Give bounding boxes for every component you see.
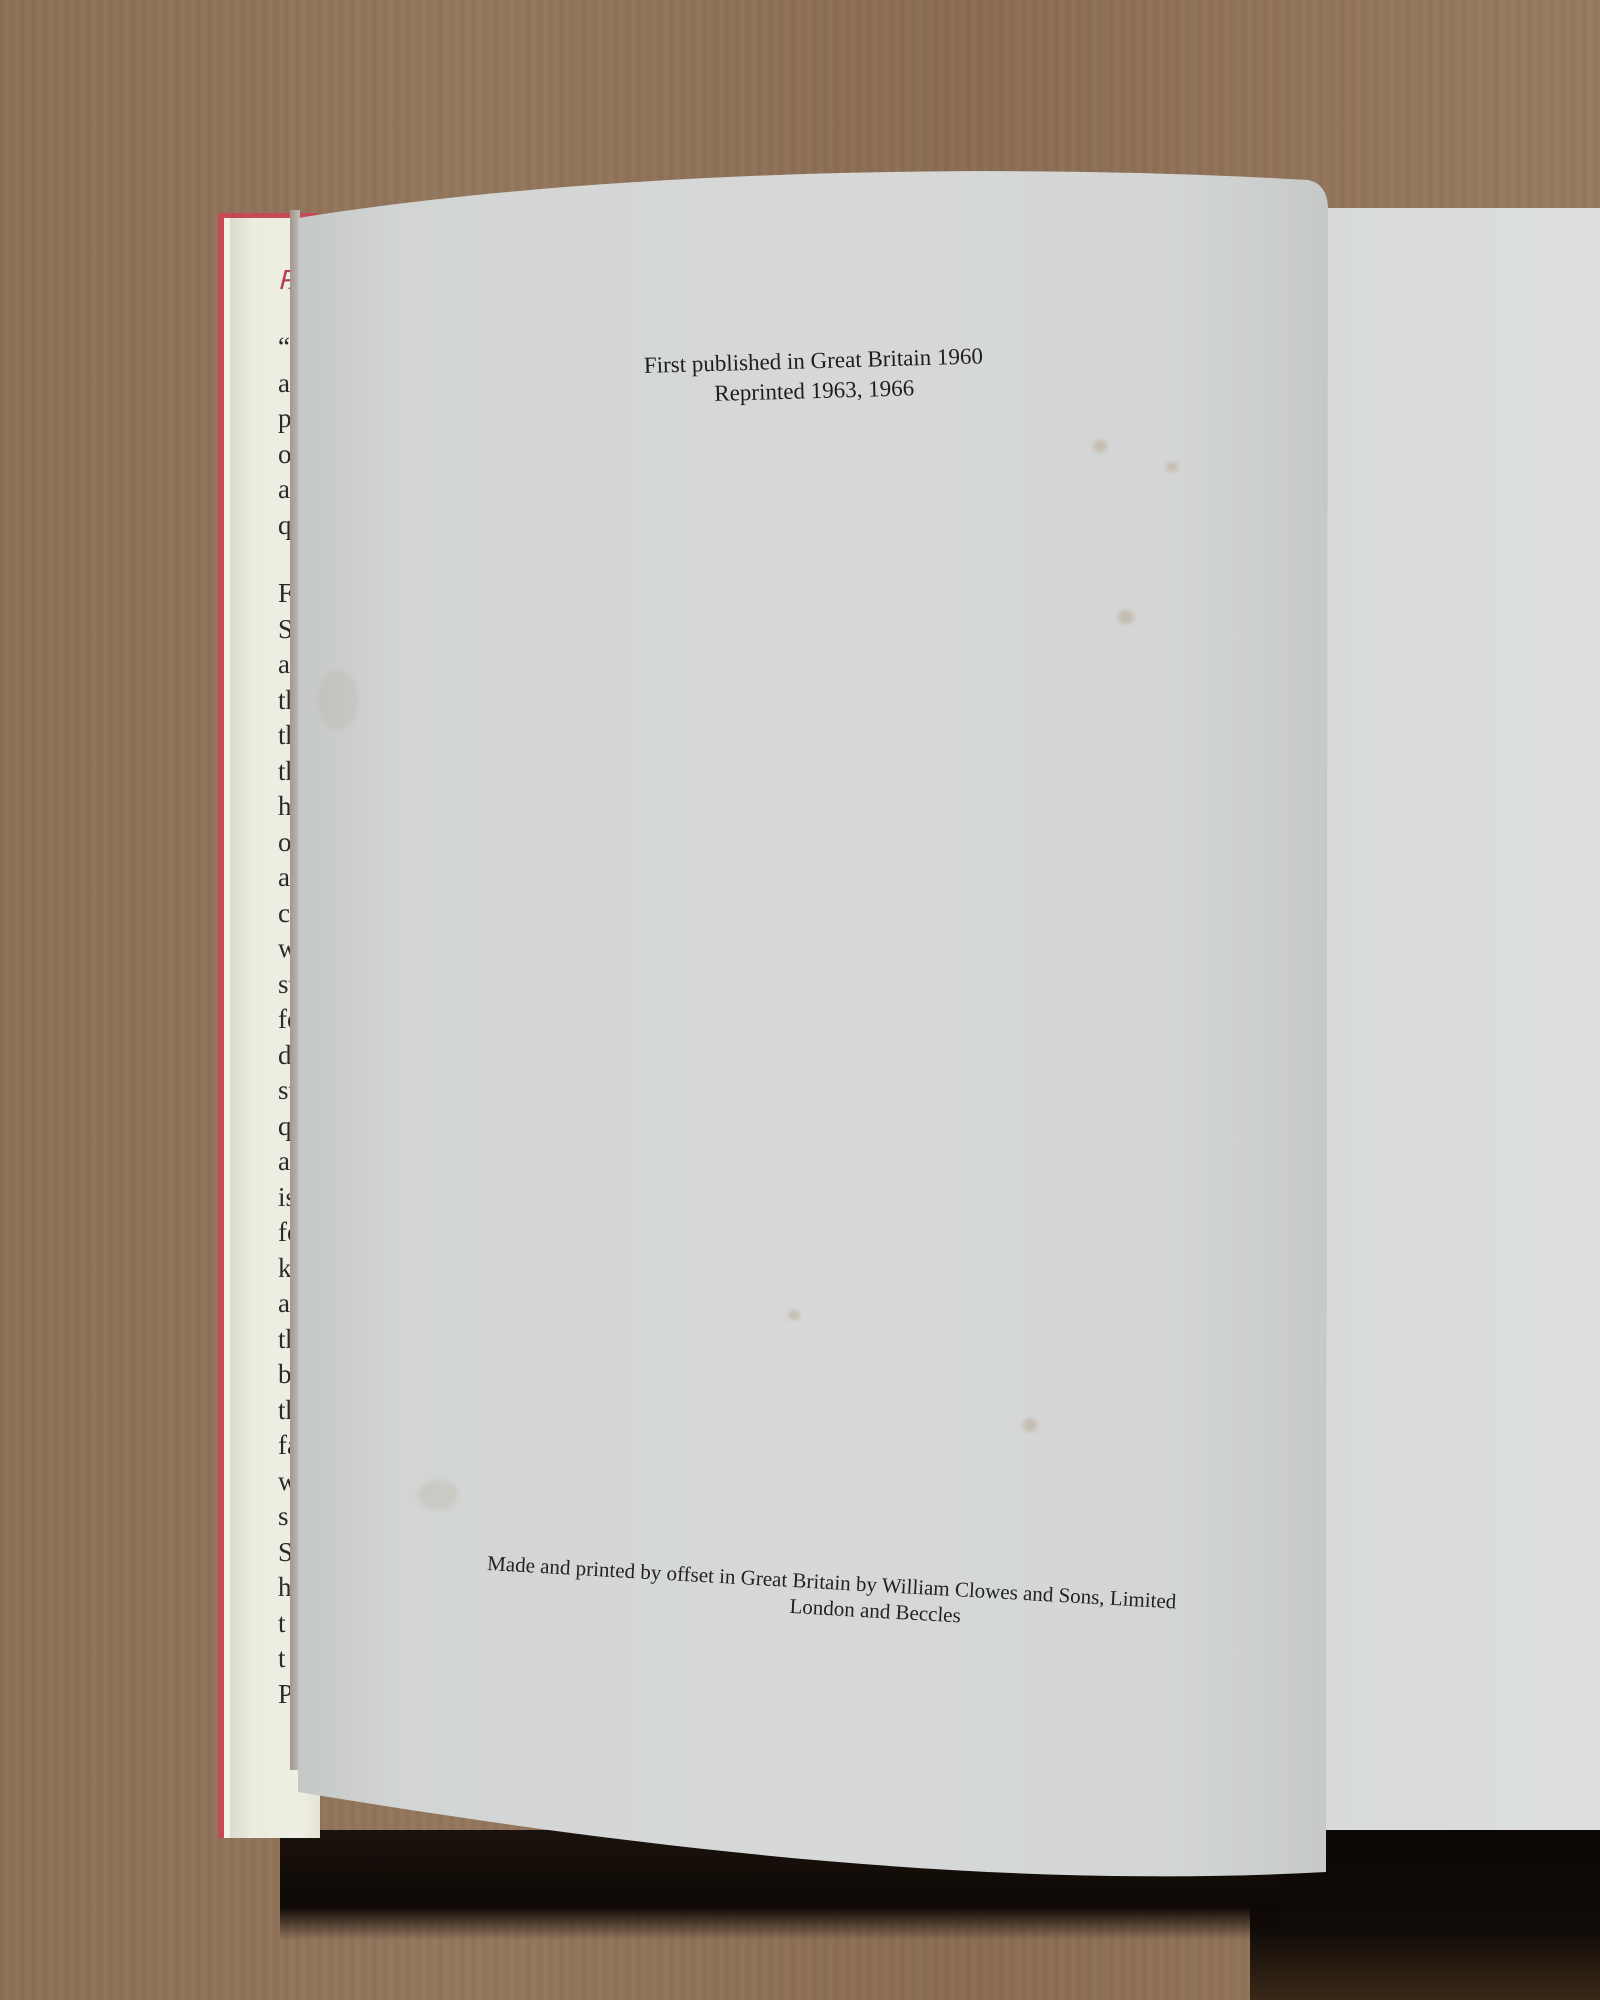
- foxing-spot: [1166, 462, 1178, 472]
- printer-imprint: Made and printed by offset in Great Brit…: [485, 1550, 1267, 1645]
- facing-page-right: [1300, 208, 1600, 1848]
- foxing-spot: [788, 1310, 800, 1320]
- imprint-page: First published in Great Britain 1960 Re…: [298, 150, 1328, 1905]
- foxing-spot: [1093, 440, 1107, 452]
- foxing-spot: [418, 1480, 458, 1510]
- foxing-spot: [1118, 610, 1134, 624]
- foxing-spot: [1023, 1418, 1037, 1432]
- foxing-spot: [318, 670, 358, 730]
- publication-history: First published in Great Britain 1960 Re…: [298, 332, 1329, 421]
